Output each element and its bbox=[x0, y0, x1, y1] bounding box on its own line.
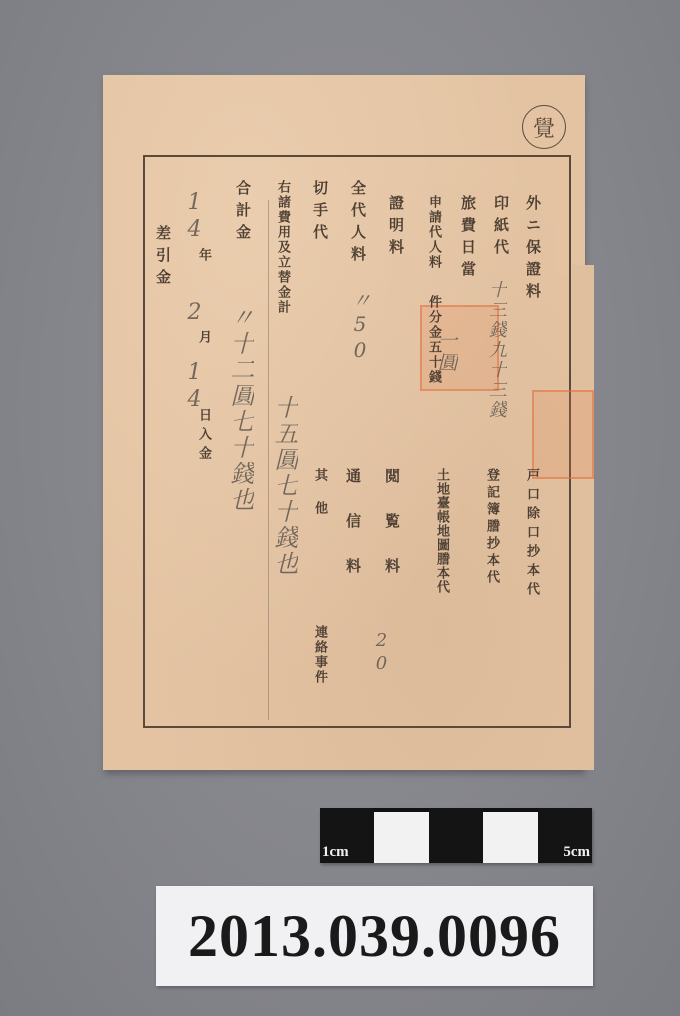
ruler-end-label: 5cm bbox=[563, 844, 590, 861]
label-day-received: 日入金 bbox=[197, 408, 210, 465]
label-agent-fee: 全代人料 bbox=[350, 180, 365, 268]
label-inspection-fee: 閲覧料 bbox=[384, 468, 399, 603]
handwritten-application-fee: 一圓 bbox=[436, 330, 456, 374]
handwritten-certificate-fee: 〃50 bbox=[350, 290, 370, 364]
accession-number: 2013.039.0096 bbox=[188, 902, 561, 971]
label-contact-matters: 連絡事件 bbox=[313, 625, 326, 685]
receipt-header-mark: 覺 bbox=[522, 105, 566, 149]
ruler-segment-white bbox=[374, 812, 428, 863]
header-mark-text: 覺 bbox=[533, 112, 555, 143]
ruler-segment-white bbox=[483, 812, 537, 863]
label-other: 其他 bbox=[313, 468, 326, 534]
label-year: 年 bbox=[197, 248, 210, 263]
handwritten-stamp-fee: 十三錢九十三錢 bbox=[487, 280, 505, 420]
handwritten-month: 2 bbox=[183, 300, 205, 327]
label-guarantee-fee: 外ニ保證料 bbox=[525, 195, 540, 305]
label-registry-copy: 登記簿謄抄本代 bbox=[485, 468, 498, 587]
handwritten-grand-total: 〃十二圓七十錢也 bbox=[228, 305, 252, 513]
handwritten-day: 14 bbox=[183, 360, 205, 414]
ruler-start-label: 1cm bbox=[322, 844, 349, 861]
accession-number-label: 2013.039.0096 bbox=[156, 886, 593, 986]
ruler-segment-black bbox=[429, 808, 483, 863]
label-month: 月 bbox=[197, 330, 210, 345]
red-seal-stamp-edge bbox=[532, 390, 594, 479]
label-expenses-total: 右諸費用及立替金計 bbox=[276, 180, 289, 315]
handwritten-inspection-fee: 20 bbox=[372, 630, 390, 676]
label-communication-fee: 通信料 bbox=[345, 468, 360, 603]
handwritten-year: 14 bbox=[183, 190, 205, 244]
label-travel-allowance: 旅費日當 bbox=[460, 195, 475, 283]
scale-ruler: 1cm 5cm bbox=[320, 808, 592, 863]
label-grand-total: 合計金 bbox=[235, 180, 250, 246]
label-certificate-fee: 證明料 bbox=[388, 195, 403, 261]
label-postage: 切手代 bbox=[312, 180, 327, 246]
label-deduction: 差引金 bbox=[155, 225, 170, 291]
label-stamp-fee: 印紙代 bbox=[493, 195, 508, 261]
handwritten-expenses-total: 十五圓七十錢也 bbox=[272, 395, 296, 577]
label-application-agent-fee: 申請代人料 bbox=[427, 195, 440, 270]
label-household-register-copy: 戸口除口抄本代 bbox=[525, 468, 538, 601]
label-land-register-map: 土地臺帳地圖謄本代 bbox=[435, 468, 448, 594]
column-divider bbox=[268, 200, 269, 720]
paper-torn-edge bbox=[572, 265, 594, 770]
